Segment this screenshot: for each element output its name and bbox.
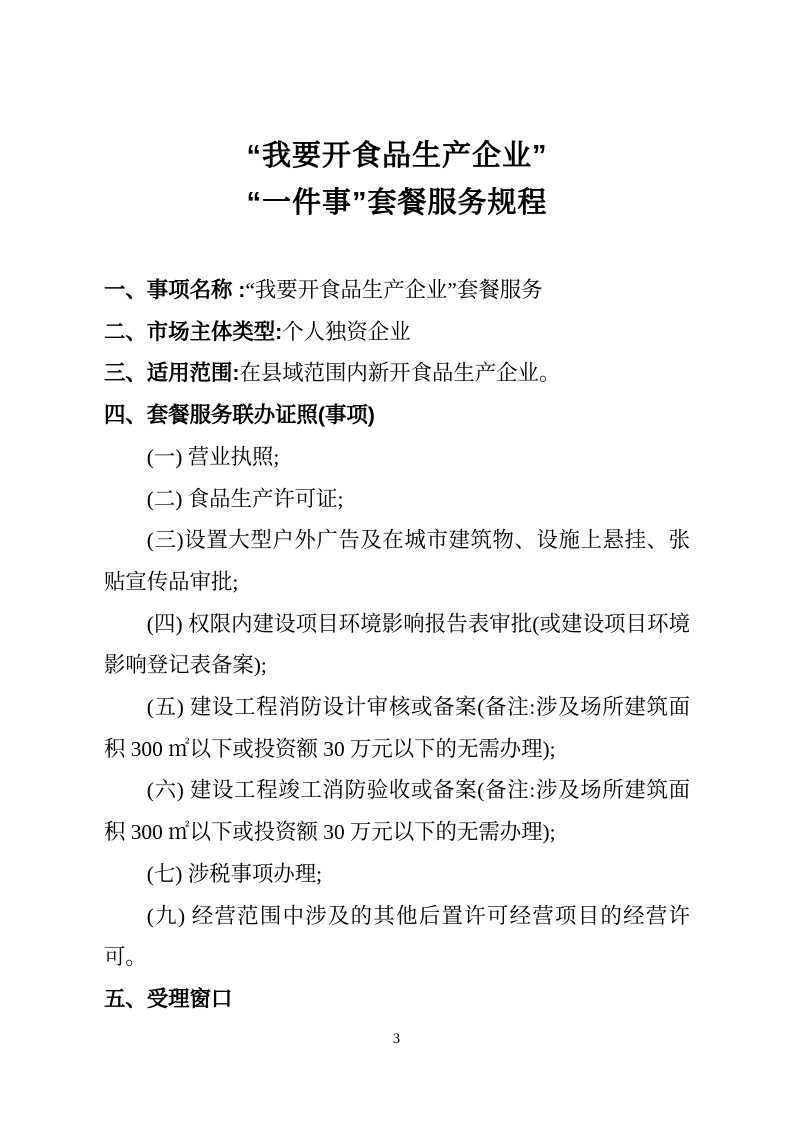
section-entity-type: 二、市场主体类型:个人独资企业 <box>104 312 690 354</box>
document-content: “我要开食品生产企业” “一件事”套餐服务规程 一、事项名称 :“我要开食品生产… <box>104 133 690 1021</box>
section-scope-label: 三、适用范围: <box>104 361 239 385</box>
section-scope-value: 在县域范围内新开食品生产企业。 <box>239 361 560 385</box>
section-scope: 三、适用范围:在县域范围内新开食品生产企业。 <box>104 353 690 395</box>
list-item-8: (九) 经营范围中涉及的其他后置许可经营项目的经营许可。 <box>104 896 690 979</box>
document-page: “我要开食品生产企业” “一件事”套餐服务规程 一、事项名称 :“我要开食品生产… <box>0 0 793 1122</box>
page-number: 3 <box>0 1029 793 1049</box>
list-item-5: (五) 建设工程消防设计审核或备案(备注:涉及场所建筑面积 300 ㎡以下或投资… <box>104 687 690 770</box>
section-entity-type-label: 二、市场主体类型: <box>104 320 282 344</box>
document-title-line2: “一件事”套餐服务规程 <box>104 180 690 227</box>
list-item-7: (七) 涉税事项办理; <box>104 854 690 896</box>
list-item-1: (一) 营业执照; <box>104 437 690 479</box>
document-title-line1: “我要开食品生产企业” <box>104 133 690 180</box>
section-item-name: 一、事项名称 :“我要开食品生产企业”套餐服务 <box>104 270 690 312</box>
section-window-heading: 五、受理窗口 <box>104 979 690 1021</box>
section-item-name-value: “我要开食品生产企业”套餐服务 <box>245 278 542 302</box>
section-entity-type-value: 个人独资企业 <box>282 320 410 344</box>
list-item-3: (三)设置大型户外广告及在城市建筑物、设施上悬挂、张贴宣传品审批; <box>104 520 690 603</box>
section-bundle-heading: 四、套餐服务联办证照(事项) <box>104 395 690 437</box>
section-item-name-label: 一、事项名称 : <box>104 278 245 302</box>
document-title: “我要开食品生产企业” “一件事”套餐服务规程 <box>104 133 690 227</box>
list-item-4: (四) 权限内建设项目环境影响报告表审批(或建设项目环境影响登记表备案); <box>104 604 690 687</box>
list-item-6: (六) 建设工程竣工消防验收或备案(备注:涉及场所建筑面积 300 ㎡以下或投资… <box>104 770 690 853</box>
list-item-2: (二) 食品生产许可证; <box>104 479 690 521</box>
